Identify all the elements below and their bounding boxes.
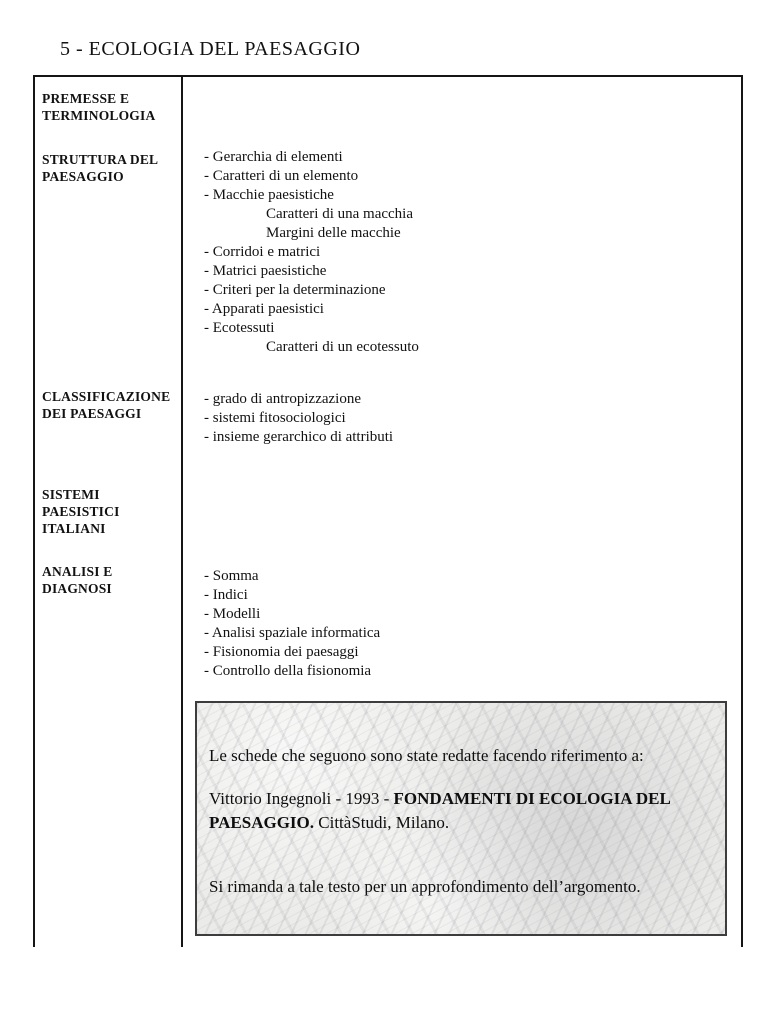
list-item: Caratteri di un ecotessuto <box>204 338 724 357</box>
list-item: - Matrici paesistiche <box>204 262 724 281</box>
list-item: - Ecotessuti <box>204 319 724 338</box>
section-heading-struttura-del-paesaggio: STRUTTURA DEL PAESAGGIO <box>42 151 178 185</box>
list-item: - Criteri per la determinazione <box>204 281 724 300</box>
section-heading-analisi-e-diagnosi: ANALISI E DIAGNOSI <box>42 563 178 597</box>
list-item: - Gerarchia di elementi <box>204 148 724 167</box>
content-table: PREMESSE E TERMINOLOGIA STRUTTURA DEL PA… <box>33 75 743 947</box>
list-item: - Modelli <box>204 605 724 624</box>
list-item: - grado di antropizzazione <box>204 390 724 409</box>
list-item: - Controllo della fisionomia <box>204 662 724 681</box>
citation-author-year: Vittorio Ingegnoli - 1993 - <box>209 789 394 808</box>
list-item: - Caratteri di un elemento <box>204 167 724 186</box>
list-item: Caratteri di una macchia <box>204 205 724 224</box>
document-page: 5 - ECOLOGIA DEL PAESAGGIO PREMESSE E TE… <box>0 0 768 1024</box>
section-heading-classificazione-dei-paesaggi: CLASSIFICAZIONE DEI PAESAGGI <box>42 388 178 422</box>
reference-box: Le schede che seguono sono state redatte… <box>195 701 727 936</box>
citation-publisher: CittàStudi, Milano. <box>314 813 449 832</box>
section-heading-premesse-e-terminologia: PREMESSE E TERMINOLOGIA <box>42 90 178 124</box>
list-item: - Macchie paesistiche <box>204 186 724 205</box>
list-item: - Apparati paesistici <box>204 300 724 319</box>
list-item: - Indici <box>204 586 724 605</box>
table-column-divider <box>181 77 183 947</box>
section-items-analisi-e-diagnosi: - Somma- Indici- Modelli- Analisi spazia… <box>204 567 724 681</box>
list-item: Margini delle macchie <box>204 224 724 243</box>
reference-note: Si rimanda a tale testo per un approfond… <box>209 875 717 899</box>
list-item: - Fisionomia dei paesaggi <box>204 643 724 662</box>
section-heading-sistemi-paesistici-italiani: SISTEMI PAESISTICI ITALIANI <box>42 486 178 537</box>
section-items-struttura-del-paesaggio: - Gerarchia di elementi- Caratteri di un… <box>204 148 724 357</box>
reference-intro: Le schede che seguono sono state redatte… <box>209 744 717 768</box>
list-item: - insieme gerarchico di attributi <box>204 428 724 447</box>
list-item: - Corridoi e matrici <box>204 243 724 262</box>
list-item: - Analisi spaziale informatica <box>204 624 724 643</box>
list-item: - Somma <box>204 567 724 586</box>
list-item: - sistemi fitosociologici <box>204 409 724 428</box>
page-title: 5 - ECOLOGIA DEL PAESAGGIO <box>60 38 360 61</box>
reference-citation: Vittorio Ingegnoli - 1993 - FONDAMENTI D… <box>209 787 681 835</box>
section-items-classificazione-dei-paesaggi: - grado di antropizzazione- sistemi fito… <box>204 390 724 447</box>
